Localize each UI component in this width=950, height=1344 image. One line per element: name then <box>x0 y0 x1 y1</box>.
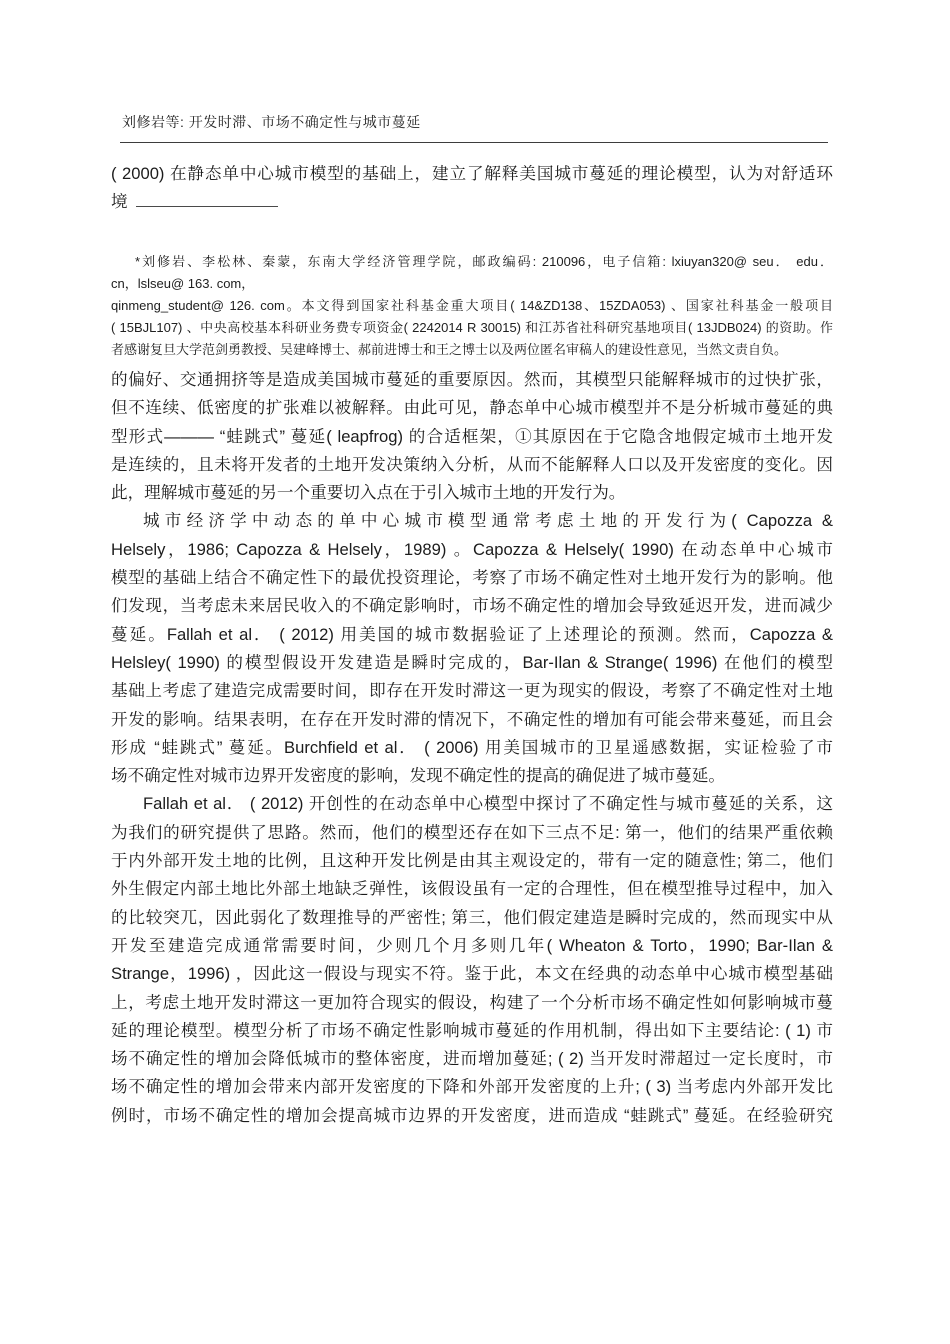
text-line: 者感谢复旦大学范剑勇教授、吴建峰博士、郝前进博士和王之博士以及两位匿名审稿人的建… <box>111 339 833 361</box>
text-line: 的比较突兀，因此弱化了数理推导的严密性; 第三，他们假定建造是瞬时完成的，然而现… <box>111 904 833 932</box>
running-header: 刘修岩等: 开发时滞、市场不确定性与城市蔓延 <box>122 112 421 132</box>
intro-paragraph: ( 2000) 在静态单中心城市模型的基础上，建立了解释美国城市蔓延的理论模型，… <box>111 160 833 217</box>
text-line: ( 2000) 在静态单中心城市模型的基础上，建立了解释美国城市蔓延的理论模型，… <box>111 160 833 188</box>
text-line: 基础上考虑了建造完成需要时间，即存在开发时滞这一更为现实的假设，考察了不确定性对… <box>111 677 833 705</box>
text-line: 的偏好、交通拥挤等是造成美国城市蔓延的重要原因。然而，其模型只能解释城市的过快扩… <box>111 366 833 394</box>
text-line: 此，理解城市蔓延的另一个重要切入点在于引入城市土地的开发行为。 <box>111 479 833 507</box>
text-line: 境 <box>111 188 833 216</box>
footnote-block: *刘修岩、李松林、秦蒙，东南大学经济管理学院，邮政编码: 210096，电子信箱… <box>111 251 833 361</box>
text-line: qinmeng_student@ 126. com。本文得到国家社科基金重大项目… <box>111 295 833 317</box>
paragraph-fallah-critique: Fallah et al． ( 2012) 开创性的在动态单中心模型中探讨了不确… <box>111 790 833 1130</box>
text-line: 型形式——— “蛙跳式” 蔓延( leapfrog) 的合适框架，①其原因在于它… <box>111 423 833 451</box>
text-line: 开发至建造完成通常需要时间，少则几个月多则几年( Wheaton & Torto… <box>111 932 833 960</box>
text-line: 是连续的，且未将开发者的土地开发决策纳入分析，从而不能解释人口以及开发密度的变化… <box>111 451 833 479</box>
body-text: 的偏好、交通拥挤等是造成美国城市蔓延的重要原因。然而，其模型只能解释城市的过快扩… <box>111 366 833 1130</box>
text-line: Strange，1996) ，因此这一假设与现实不符。鉴于此，本文在经典的动态单… <box>111 960 833 988</box>
text-line: 们发现，当考虑未来居民收入的不确定影响时，市场不确定性的增加会导致延迟开发，进而… <box>111 592 833 620</box>
paragraph-dynamic-models: 城市经济学中动态的单中心城市模型通常考虑土地的开发行为( Capozza &He… <box>111 507 833 790</box>
text-line: Helsely，1986; Capozza & Helsely，1989) 。C… <box>111 536 833 564</box>
text-line: 但不连续、低密度的扩张难以被解释。由此可见，静态单中心城市模型并不是分析城市蔓延… <box>111 394 833 422</box>
text-line: Helsley( 1990) 的模型假设开发建造是瞬时完成的，Bar-Ilan … <box>111 649 833 677</box>
footnote-separator-rule <box>136 205 278 207</box>
text-line: ( 15BJL107) 、中央高校基本科研业务费专项资金( 2242014 R … <box>111 317 833 339</box>
text-line: 场不确定性的增加会降低城市的整体密度，进而增加蔓延; ( 2) 当开发时滞超过一… <box>111 1045 833 1073</box>
header-rule <box>120 142 828 143</box>
paragraph-continuation: 的偏好、交通拥挤等是造成美国城市蔓延的重要原因。然而，其模型只能解释城市的过快扩… <box>111 366 833 507</box>
text-line: 城市经济学中动态的单中心城市模型通常考虑土地的开发行为( Capozza & <box>111 507 833 535</box>
text-line: 延的理论模型。模型分析了市场不确定性影响城市蔓延的作用机制，得出如下主要结论: … <box>111 1017 833 1045</box>
text-line: 场不确定性对城市边界开发密度的影响，发现不确定性的提高的确促进了城市蔓延。 <box>111 762 833 790</box>
text-line: 蔓延。Fallah et al． ( 2012) 用美国的城市数据验证了上述理论… <box>111 621 833 649</box>
text-line: 于内外部开发土地的比例，且这种开发比例是由其主观设定的，带有一定的随意性; 第二… <box>111 847 833 875</box>
text-line: 为我们的研究提供了思路。然而，他们的模型还存在如下三点不足: 第一，他们的结果严… <box>111 819 833 847</box>
intro-last-char: 境 <box>111 192 128 211</box>
document-page: 刘修岩等: 开发时滞、市场不确定性与城市蔓延 ( 2000) 在静态单中心城市模… <box>0 0 950 1344</box>
text-line: 开发的影响。结果表明，在存在开发时滞的情况下，不确定性的增加有可能会带来蔓延，而… <box>111 706 833 734</box>
text-line: 例时，市场不确定性的增加会提高城市边界的开发密度，进而造成 “蛙跳式” 蔓延。在… <box>111 1102 833 1130</box>
text-line: 上，考虑土地开发时滞这一更加符合现实的假设，构建了一个分析市场不确定性如何影响城… <box>111 989 833 1017</box>
text-line: 形成 “蛙跳式” 蔓延。Burchfield et al． ( 2006) 用美… <box>111 734 833 762</box>
text-line: 场不确定性的增加会带来内部开发密度的下降和外部开发密度的上升; ( 3) 当考虑… <box>111 1073 833 1101</box>
text-line: *刘修岩、李松林、秦蒙，东南大学经济管理学院，邮政编码: 210096，电子信箱… <box>111 251 833 273</box>
text-line: cn，lslseu@ 163. com， <box>111 273 833 295</box>
text-line: 外生假定内部土地比外部土地缺乏弹性，该假设虽有一定的合理性，但在模型推导过程中，… <box>111 875 833 903</box>
text-line: 模型的基础上结合不确定性下的最优投资理论，考察了市场不确定性对土地开发行为的影响… <box>111 564 833 592</box>
text-line: Fallah et al． ( 2012) 开创性的在动态单中心模型中探讨了不确… <box>111 790 833 818</box>
